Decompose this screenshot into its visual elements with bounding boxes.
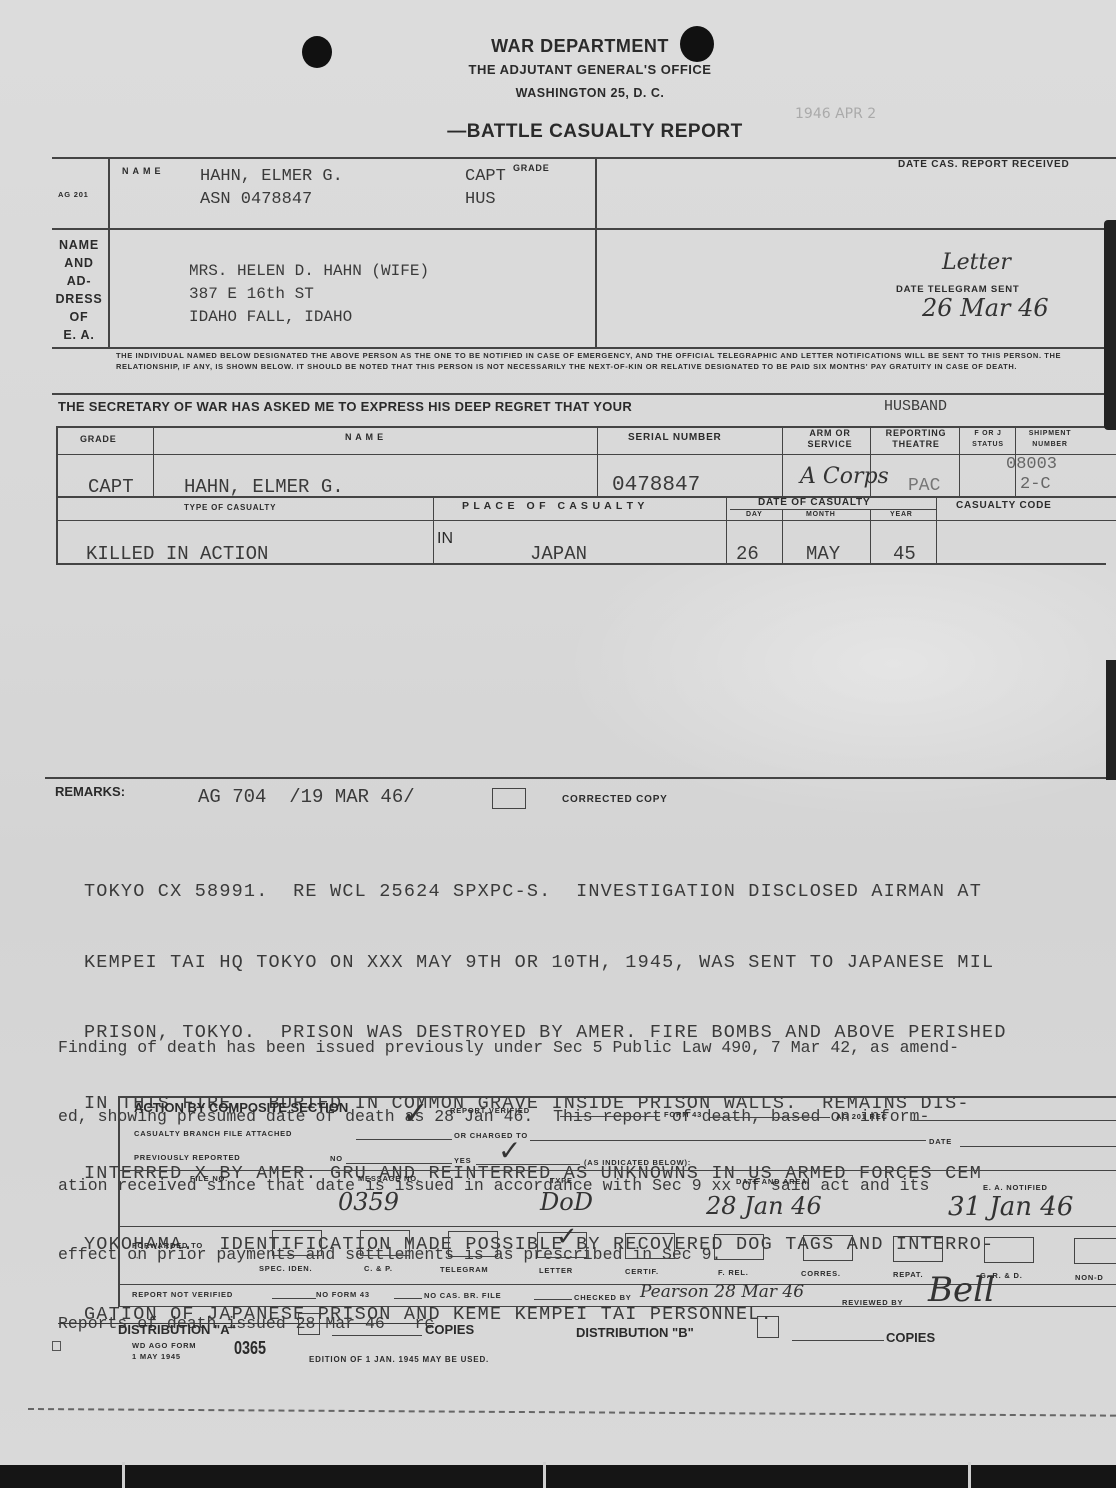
rule: [730, 509, 936, 510]
remarks-ref: AG 704 /19 MAR 46/: [198, 786, 415, 808]
row-shipment-2: 2-C: [1020, 475, 1051, 494]
rule: [870, 510, 871, 563]
row-name: HAHN, ELMER G.: [184, 476, 344, 498]
ea-address: MRS. HELEN D. HAHN (WIFE) 387 E 16th ST …: [189, 260, 429, 329]
col-type-header: TYPE OF CASUALTY: [184, 503, 276, 512]
forward-label: CERTIF.: [625, 1267, 659, 1276]
forward-box-corres[interactable]: [803, 1235, 853, 1261]
forward-box-non-d[interactable]: [1074, 1238, 1116, 1264]
row-grade: CAPT: [88, 476, 134, 498]
rule: [782, 510, 783, 563]
rule: [960, 1146, 1116, 1147]
rule: [108, 157, 110, 347]
corrected-copy-checkbox[interactable]: [492, 788, 526, 809]
letter-checkmark: ✓: [556, 1222, 578, 1252]
rule: [56, 454, 1116, 455]
forward-box-repat[interactable]: [893, 1236, 943, 1262]
forward-label: C. & P.: [364, 1264, 393, 1273]
type-value: DoD: [540, 1188, 593, 1216]
rule: [792, 1340, 884, 1341]
rule: [45, 777, 1116, 779]
finding-line: Finding of death has been issued previou…: [58, 1036, 959, 1059]
scanner-ruler-tick: [968, 1462, 971, 1488]
forward-box-c-and-p[interactable]: [360, 1230, 410, 1256]
forward-label: REPAT.: [893, 1270, 923, 1279]
rule: [597, 426, 598, 496]
date-sent-method: Letter: [942, 250, 1011, 275]
distribution-b-checkbox[interactable]: [757, 1316, 779, 1338]
rule: [153, 426, 154, 496]
rule: [433, 496, 434, 563]
form-date: 1 MAY 1945: [132, 1352, 181, 1361]
file-no-label: FILE NO.: [190, 1174, 228, 1183]
row-shipment-1: 08003: [1006, 455, 1057, 474]
soldier-grade: CAPT: [465, 167, 506, 186]
row-place-prefix: IN: [437, 530, 453, 548]
rule: [118, 1226, 1116, 1227]
type-label: TYPE: [550, 1176, 573, 1185]
section-checkmark: ✓: [402, 1094, 429, 1132]
rule: [346, 1163, 452, 1164]
rule: [118, 1170, 1116, 1171]
no-form43-label: NO FORM 43: [316, 1290, 370, 1299]
remarks-line: KEMPEI TAI HQ TOKYO ON XXX MAY 9TH OR 10…: [84, 951, 1007, 975]
col-code-header: CASUALTY CODE: [956, 500, 1052, 511]
forward-box-grd[interactable]: [984, 1237, 1034, 1263]
not-verified-label: REPORT NOT VERIFIED: [132, 1290, 233, 1299]
rule: [52, 228, 1116, 230]
no-label: NO: [330, 1154, 343, 1163]
scanner-ruler-tick: [122, 1462, 125, 1488]
relation-value: HUSBAND: [884, 398, 947, 415]
rule: [356, 1139, 452, 1140]
col-status-header: F OR J STATUS: [961, 428, 1015, 450]
rule: [530, 1140, 926, 1141]
edge-tab: [1106, 660, 1116, 780]
forward-label: SPEC. IDEN.: [259, 1264, 312, 1273]
action-title: ACTION BY COMPOSITE SECTION: [134, 1100, 348, 1115]
casualty-report-page: WAR DEPARTMENT THE ADJUTANT GENERAL'S OF…: [0, 0, 1116, 1465]
file-attached-label: CASUALTY BRANCH FILE ATTACHED: [134, 1129, 292, 1138]
row-year: 45: [893, 543, 916, 565]
message-no-value: 0359: [338, 1188, 399, 1216]
rule: [118, 1306, 1116, 1307]
date-label: DATE: [929, 1137, 952, 1146]
rule: [560, 1116, 660, 1117]
col-date-header: DATE OF CASUALTY: [758, 497, 870, 508]
col-serial-header: SERIAL NUMBER: [628, 432, 722, 443]
scanner-bed: [0, 1465, 1116, 1488]
row-arm: A Corps: [800, 464, 889, 489]
perforation-line: [28, 1408, 1116, 1417]
department-heading: WAR DEPARTMENT: [430, 36, 730, 57]
ag201rec-label: AG 201 REC: [836, 1112, 888, 1121]
ag201-label: AG 201: [58, 190, 89, 199]
scanner-ruler-tick: [543, 1462, 546, 1488]
row-place: JAPAN: [530, 543, 587, 565]
name-label: NAME: [122, 166, 165, 176]
ea-label: NAME AND AD- DRESS OF E. A.: [50, 236, 108, 344]
rule: [118, 1096, 1116, 1098]
soldier-branch: HUS: [465, 190, 496, 209]
edition-note: EDITION OF 1 JAN. 1945 MAY BE USED.: [309, 1355, 489, 1364]
report-title: —BATTLE CASUALTY REPORT: [410, 121, 780, 143]
row-day: 26: [736, 543, 759, 565]
address-heading: WASHINGTON 25, D. C.: [440, 86, 740, 100]
rule: [52, 393, 1116, 395]
rule: [272, 1298, 316, 1299]
rule: [726, 496, 727, 563]
as-indicated-label: (AS INDICATED BELOW):: [584, 1158, 691, 1167]
rule: [332, 1335, 422, 1336]
form-number: 0365: [234, 1338, 266, 1359]
rule: [782, 426, 783, 496]
rule: [710, 1117, 830, 1118]
copies-a-label: COPIES: [425, 1322, 474, 1337]
punch-hole-left: [302, 36, 332, 68]
regret-text: THE SECRETARY OF WAR HAS ASKED ME TO EXP…: [58, 399, 632, 414]
rule: [912, 1120, 1116, 1121]
forward-box-spec-iden[interactable]: [272, 1230, 322, 1256]
corrected-copy-label: CORRECTED COPY: [562, 794, 668, 805]
distribution-a-checkbox[interactable]: [298, 1313, 320, 1335]
report-verified-label: REPORT VERIFIED: [450, 1106, 530, 1115]
message-no-label: MESSAGE NO.: [358, 1174, 420, 1183]
soldier-asn: ASN 0478847: [200, 190, 312, 209]
light-glare: [560, 560, 1116, 820]
rule: [56, 520, 1116, 521]
ea-city: IDAHO FALL, IDAHO: [189, 306, 429, 329]
rule: [52, 347, 1116, 349]
prev-reported-label: PREVIOUSLY REPORTED: [134, 1153, 240, 1162]
yes-checkmark: ✓: [498, 1134, 521, 1167]
form-label: WD AGO FORM: [132, 1341, 196, 1350]
date-sent-value: 26 Mar 46: [922, 294, 1049, 322]
col-day-header: DAY: [746, 511, 763, 518]
col-name-header: N A M E: [345, 432, 384, 442]
date-area-value: 28 Jan 46: [706, 1192, 822, 1220]
row-serial: 0478847: [612, 474, 700, 497]
forwarded-to-label: FORWARDED TO →: [132, 1240, 212, 1262]
forward-label: NON-D: [1075, 1273, 1104, 1282]
row-type: KILLED IN ACTION: [86, 543, 268, 565]
col-year-header: YEAR: [890, 511, 913, 518]
distribution-a-label: DISTRIBUTION "A": [118, 1322, 236, 1337]
row-theatre: PAC: [908, 476, 940, 496]
col-arm-header: ARM OR SERVICE: [795, 428, 865, 450]
ea-name: MRS. HELEN D. HAHN (WIFE): [189, 260, 429, 283]
notice-text: THE INDIVIDUAL NAMED BELOW DESIGNATED TH…: [116, 350, 1086, 372]
forward-box-certif[interactable]: [625, 1233, 675, 1259]
ea-notified-label: E. A. NOTIFIED: [983, 1183, 1048, 1192]
no-cas-file-label: NO CAS. BR. FILE: [424, 1291, 501, 1300]
form43-label: FORM 43: [664, 1110, 702, 1119]
yes-label: YES: [454, 1156, 471, 1165]
checked-by-value: Pearson 28 Mar 46: [640, 1282, 804, 1302]
office-heading: THE ADJUTANT GENERAL'S OFFICE: [420, 62, 760, 77]
rule: [936, 496, 937, 563]
forward-label: F. REL.: [718, 1268, 749, 1277]
rule: [595, 157, 597, 347]
edge-tab: [1104, 220, 1116, 430]
remarks-label: REMARKS:: [55, 784, 125, 799]
reviewed-by-value: Bell: [928, 1270, 995, 1310]
rule: [118, 1096, 120, 1306]
corner-mark: [52, 1341, 61, 1351]
date-cas-received-label: DATE CAS. REPORT RECEIVED: [898, 159, 1070, 170]
received-stamp: 1946 APR 2: [795, 106, 876, 122]
forward-label: LETTER: [539, 1266, 573, 1275]
copies-b-label: COPIES: [886, 1330, 935, 1345]
row-month: MAY: [806, 543, 840, 565]
col-place-header: P L A C E O F C A S U A L T Y: [462, 500, 645, 512]
soldier-name: HAHN, ELMER G.: [200, 167, 343, 186]
rule: [394, 1298, 422, 1299]
col-shipment-header: SHIPMENT NUMBER: [1020, 428, 1080, 452]
forward-label: TELEGRAM: [440, 1265, 488, 1274]
grade-label: GRADE: [513, 163, 550, 173]
ea-notified-value: 31 Jan 46: [948, 1192, 1073, 1222]
forward-box-f-rel[interactable]: [714, 1234, 764, 1260]
forward-label: CORRES.: [801, 1269, 841, 1278]
checked-by-label: CHECKED BY: [574, 1293, 632, 1302]
col-grade-header: GRADE: [80, 434, 117, 444]
forward-box-telegram[interactable]: [448, 1231, 498, 1257]
rule: [534, 1299, 572, 1300]
ea-street: 387 E 16th ST: [189, 283, 429, 306]
rule: [56, 426, 58, 564]
col-theatre-header: REPORTING THEATRE: [872, 428, 960, 450]
remarks-line: TOKYO CX 58991. RE WCL 25624 SPXPC-S. IN…: [84, 880, 1007, 904]
distribution-b-label: DISTRIBUTION "B": [576, 1325, 694, 1340]
col-month-header: MONTH: [806, 511, 836, 518]
date-area-label: DATE AND AREA: [736, 1177, 807, 1186]
rule: [476, 1164, 580, 1165]
